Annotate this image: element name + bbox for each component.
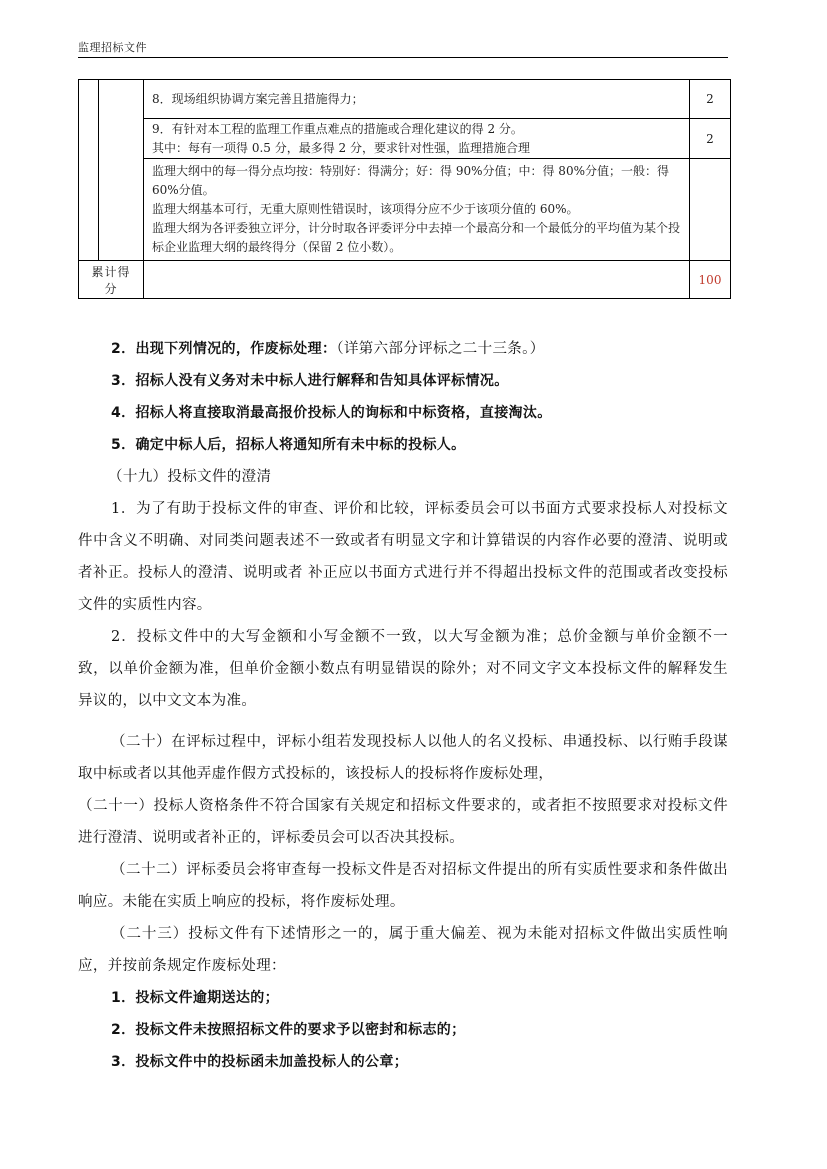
table-row: 监理大纲中的每一得分点均按：特别好：得满分；好：得 90%分值；中：得 80%分…: [79, 159, 731, 261]
score-cell: [690, 159, 731, 261]
item-2-bold: 2．出现下列情况的，作废标处理：: [111, 341, 336, 357]
score-cell: 2: [690, 80, 731, 119]
category-cell: [79, 80, 99, 261]
criterion-cell: 9．有针对本工程的监理工作重点难点的措施或合理化建议的得 2 分。 其中：每有一…: [144, 119, 690, 159]
section-22: （二十二）评标委员会将审查每一投标文件是否对招标文件提出的所有实质性要求和条件做…: [78, 854, 728, 918]
scoring-table: 8．现场组织协调方案完善且措施得力； 2 9．有针对本工程的监理工作重点难点的措…: [78, 79, 731, 299]
section-19-paragraph-2: 2．投标文件中的大写金额和小写金额不一致，以大写金额为准；总价金额与单价金额不一…: [78, 621, 728, 717]
section-21: （二十一）投标人资格条件不符合国家有关规定和招标文件要求的，或者拒不按照要求对投…: [78, 790, 728, 854]
section-23-item-1: 1．投标文件逾期送达的；: [78, 982, 728, 1014]
section-23: （二十三）投标文件有下述情形之一的，属于重大偏差、视为未能对招标文件做出实质性响…: [78, 918, 728, 982]
document-body: 2．出现下列情况的，作废标处理：（详第六部分评标之二十三条。） 3．招标人没有义…: [78, 333, 728, 1078]
criterion-text: 8．现场组织协调方案完善且措施得力；: [152, 92, 364, 106]
section-20: （二十）在评标过程中，评标小组若发现投标人以他人的名义投标、串通投标、以行贿手段…: [78, 726, 728, 790]
criterion-text: 其中：每有一项得 0.5 分，最多得 2 分，要求针对性强，监理措施合理: [152, 139, 681, 158]
score-cell: 2: [690, 119, 731, 159]
total-label: 累计得分: [79, 261, 144, 299]
item-4: 4．招标人将直接取消最高报价投标人的询标和中标资格，直接淘汰。: [78, 397, 728, 429]
table-row: 9．有针对本工程的监理工作重点难点的措施或合理化建议的得 2 分。 其中：每有一…: [79, 119, 731, 159]
total-row: 累计得分 100: [79, 261, 731, 299]
page-header: 监理招标文件: [78, 38, 728, 58]
item-2-note: （详第六部分评标之二十三条。）: [336, 341, 544, 357]
subcategory-cell: [99, 80, 144, 261]
item-2: 2．出现下列情况的，作废标处理：（详第六部分评标之二十三条。）: [78, 333, 728, 365]
criterion-text: 监理大纲中的每一得分点均按：特别好：得满分；好：得 90%分值；中：得 80%分…: [152, 162, 681, 200]
total-empty-cell: [144, 261, 690, 299]
section-23-item-3: 3．投标文件中的投标函未加盖投标人的公章；: [78, 1046, 728, 1078]
criterion-text: 监理大纲为各评委独立评分，计分时取各评委评分中去掉一个最高分和一个最低分的平均值…: [152, 219, 681, 257]
criterion-text: 9．有针对本工程的监理工作重点难点的措施或合理化建议的得 2 分。: [152, 120, 681, 139]
total-score: 100: [690, 261, 731, 299]
item-5: 5．确定中标人后，招标人将通知所有未中标的投标人。: [78, 429, 728, 461]
criterion-cell: 监理大纲中的每一得分点均按：特别好：得满分；好：得 90%分值；中：得 80%分…: [144, 159, 690, 261]
section-23-item-2: 2．投标文件未按照招标文件的要求予以密封和标志的；: [78, 1014, 728, 1046]
criterion-cell: 8．现场组织协调方案完善且措施得力；: [144, 80, 690, 119]
criterion-text: 监理大纲基本可行，无重大原则性错误时，该项得分应不少于该项分值的 60%。: [152, 200, 681, 219]
table-row: 8．现场组织协调方案完善且措施得力； 2: [79, 80, 731, 119]
header-title: 监理招标文件: [78, 39, 147, 55]
item-3: 3．招标人没有义务对未中标人进行解释和告知具体评标情况。: [78, 365, 728, 397]
section-19-paragraph-1: 1．为了有助于投标文件的审查、评价和比较，评标委员会可以书面方式要求投标人对投标…: [78, 493, 728, 621]
section-19-title: （十九）投标文件的澄清: [78, 461, 728, 493]
